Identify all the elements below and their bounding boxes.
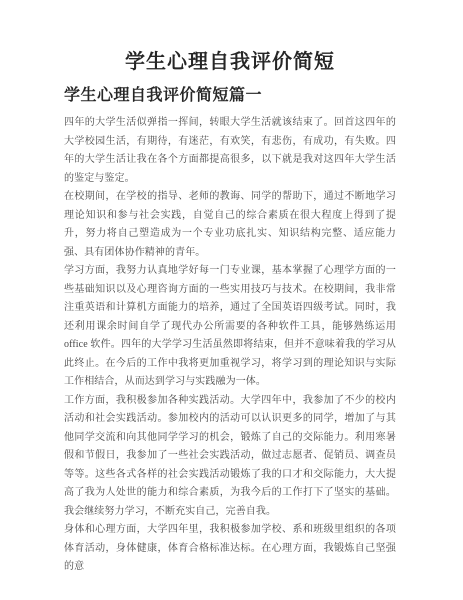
paragraph: 学习方面，我努力认真地学好每一门专业课，基本掌握了心理学方面的一些基础知识以及心… <box>64 262 396 392</box>
paragraph: 工作方面，我积极参加各种实践活动。大学四年中，我参加了不少的校内活动和社会实践活… <box>64 392 396 522</box>
section-heading: 学生心理自我评价简短篇一 <box>64 88 396 104</box>
document-page: 学生心理自我评价简短 学生心理自我评价简短篇一 四年的大学生活似弹指一挥间，转眼… <box>0 0 463 600</box>
paragraph: 身体和心理方面，大学四年里，我积极参加学校、系和班级里组织的各项体育活动，身体健… <box>64 521 396 577</box>
paragraph: 在校期间，在学校的指导、老师的教诲、同学的帮助下，通过不断地学习理论知识和参与社… <box>64 188 396 262</box>
paragraph: 四年的大学生活似弹指一挥间，转眼大学生活就该结束了。回首这四年的大学校园生活，有… <box>64 114 396 188</box>
document-body: 四年的大学生活似弹指一挥间，转眼大学生活就该结束了。回首这四年的大学校园生活，有… <box>64 114 396 577</box>
document-title: 学生心理自我评价简短 <box>64 51 396 74</box>
